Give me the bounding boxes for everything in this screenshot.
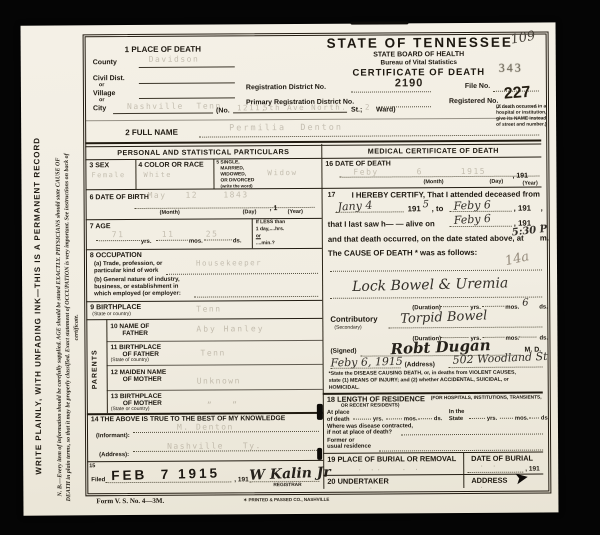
mother-name-label: OF MOTHER bbox=[123, 376, 162, 384]
mother-maiden-name-value: Unknown bbox=[197, 376, 241, 385]
dotted-line bbox=[440, 299, 468, 307]
birthplace-value: Tenn bbox=[196, 304, 221, 313]
dotted-line bbox=[339, 169, 539, 178]
dotted-line bbox=[135, 199, 315, 209]
dotted-line bbox=[449, 360, 543, 369]
dod-comma: , 191 bbox=[512, 173, 528, 181]
signed-label: (Signed) bbox=[330, 348, 356, 356]
at-place-label: At place bbox=[327, 410, 350, 417]
margin-note-inner: N. B.—Every item of information should b… bbox=[54, 151, 83, 503]
contributory-label: Contributory bbox=[330, 316, 377, 325]
or-label: or bbox=[99, 97, 105, 103]
certify-item-number: 17 bbox=[328, 192, 336, 200]
res-yrs-unit: yrs. bbox=[373, 416, 383, 423]
dotted-line bbox=[351, 83, 431, 92]
ward-value: 2 bbox=[365, 103, 371, 112]
dotted-line bbox=[330, 290, 542, 299]
dotted-line bbox=[450, 219, 512, 227]
scan-artifact bbox=[317, 448, 322, 460]
in-state-label: State bbox=[449, 416, 463, 423]
dotted-line bbox=[482, 299, 504, 307]
registrar-label: REGISTRAR bbox=[273, 483, 301, 489]
st-label: St.; bbox=[351, 107, 362, 115]
m-label: m. bbox=[540, 234, 549, 243]
age-ds-unit: ds. bbox=[233, 238, 242, 245]
dotted-line bbox=[331, 360, 401, 368]
death-occurred-text: and that death occurred, on the date sta… bbox=[328, 235, 524, 245]
dotted-line bbox=[386, 411, 402, 419]
last-saw-text: that I last saw h— — alive on bbox=[328, 220, 435, 230]
dotted-line bbox=[249, 474, 319, 482]
filed-item-number: 15 bbox=[89, 463, 95, 469]
scan-artifact bbox=[317, 404, 323, 420]
undertaker-address-label: ADDRESS bbox=[471, 477, 507, 486]
printed-191: 191 bbox=[408, 205, 421, 214]
residence-sub-label: OR RECENT RESIDENTS) bbox=[341, 403, 400, 409]
city-label: City bbox=[93, 105, 106, 113]
father-name-label: FATHER bbox=[122, 330, 148, 338]
parents-vertical-label: PARENTS bbox=[91, 337, 103, 401]
personal-section-title: PERSONAL AND STATISTICAL PARTICULARS bbox=[87, 148, 319, 158]
filed-label: Filed bbox=[91, 477, 105, 484]
res-yrs-unit: yrs. bbox=[487, 416, 497, 423]
primary-district-label: Primary Registration District No. bbox=[246, 99, 354, 108]
signed-address-label: (Address) bbox=[405, 361, 435, 369]
birthplace-sub-label: (State or country) bbox=[92, 312, 131, 318]
residence-sub-label: (FOR HOSPITALS, INSTITUTIONS, TRANSIENTS… bbox=[431, 396, 542, 402]
duration-mos-unit: mos. bbox=[505, 305, 519, 312]
dotted-line bbox=[469, 411, 485, 419]
res-ds-unit: ds. bbox=[541, 415, 549, 422]
dotted-line bbox=[336, 204, 404, 212]
burial-place-label: 19 PLACE OF BURIAL OR REMOVAL bbox=[327, 455, 456, 464]
dotted-line bbox=[133, 443, 319, 452]
filed-year-suffix: , 191 bbox=[234, 476, 249, 484]
registered-no-label: Registered No. bbox=[449, 98, 498, 106]
ward-label: Ward) bbox=[376, 106, 396, 114]
dotted-line bbox=[194, 289, 318, 298]
undertaker-address-value: · bbox=[479, 484, 485, 492]
scan-artifact bbox=[350, 21, 408, 24]
duration-mos-unit: mos. bbox=[505, 336, 519, 343]
disease-contracted-label: if not at place of death? bbox=[327, 429, 392, 436]
race-label: 4 COLOR OR RACE bbox=[138, 162, 203, 170]
dotted-line bbox=[388, 320, 542, 329]
occupation-a-label: particular kind of work bbox=[94, 268, 158, 275]
dotted-line bbox=[379, 443, 543, 452]
marital-label-line: WIDOWED, bbox=[220, 172, 246, 178]
cell-divider bbox=[213, 159, 214, 189]
cause-footnote-line: HOMICIDAL. bbox=[329, 386, 360, 392]
res-ds-unit: ds. bbox=[434, 416, 442, 423]
cell-divider bbox=[463, 452, 464, 488]
dotted-line bbox=[381, 98, 431, 107]
res-mos-unit: mos. bbox=[515, 416, 529, 423]
duration-ds-unit: ds. bbox=[539, 335, 548, 342]
dotted-line bbox=[418, 411, 432, 419]
dotted-line bbox=[96, 233, 140, 241]
sex-label: 3 SEX bbox=[89, 162, 109, 170]
father-birthplace-sub: (State of country) bbox=[111, 358, 149, 364]
dotted-line bbox=[500, 411, 513, 419]
dob-month-label: (Month) bbox=[160, 210, 180, 216]
age-mos-unit: mos. bbox=[189, 239, 203, 246]
margin-note-outer: WRITE PLAINLY, WITH UNFADING INK—THIS IS… bbox=[32, 120, 48, 492]
informant-label: (Informant): bbox=[96, 433, 130, 440]
dotted-line bbox=[450, 204, 512, 212]
cause-duration-months-value: 6 bbox=[522, 298, 528, 309]
duration-ds-unit: ds. bbox=[539, 304, 548, 311]
sex-value: Female bbox=[91, 171, 125, 179]
undertaker-value: · · bbox=[357, 485, 374, 493]
full-name-label: 2 FULL NAME bbox=[125, 128, 178, 138]
scanned-death-certificate: WRITE PLAINLY, WITH UNFADING INK—THIS IS… bbox=[0, 0, 600, 535]
dod-month-label: (Month) bbox=[423, 179, 443, 185]
printed-191: , 191 bbox=[514, 205, 531, 214]
occupation-label: 8 OCCUPATION bbox=[90, 252, 142, 260]
certify-text: I HEREBY CERTIFY, That I attended deceas… bbox=[352, 191, 540, 201]
cell-divider bbox=[135, 159, 136, 189]
stamp-number: 343 bbox=[499, 61, 523, 76]
cell-divider bbox=[252, 218, 253, 248]
medical-section-title: MEDICAL CERTIFICATE OF DEATH bbox=[325, 147, 541, 157]
dotted-line bbox=[105, 474, 231, 483]
at-place-label: of death bbox=[327, 417, 350, 424]
marital-label-line: 5 SINGLE, bbox=[216, 160, 239, 166]
race-value: White bbox=[143, 171, 172, 179]
father-name-value: Aby Hanley bbox=[196, 324, 264, 333]
dotted-line bbox=[330, 263, 542, 272]
state-title: STATE OF TENNESSEE bbox=[327, 35, 511, 52]
printer-note: ✶ PRINTED & PASSED CO., NASHVILLE bbox=[243, 497, 329, 503]
place-of-death-title: 1 PLACE OF DEATH bbox=[125, 45, 201, 55]
dotted-line bbox=[166, 266, 318, 275]
occupation-b-label: which employed (or employer: bbox=[94, 291, 181, 298]
dotted-line bbox=[133, 424, 319, 433]
civil-dist-label: Civil Dist. bbox=[93, 75, 125, 83]
dob-day-label: (Day) bbox=[243, 209, 257, 215]
dotted-line bbox=[353, 412, 371, 420]
age-label: 7 AGE bbox=[90, 223, 111, 231]
burial-place-value: · ·· · · bbox=[357, 465, 420, 474]
if-less-line: 1 day,....hrs. bbox=[256, 227, 285, 233]
to-label: , to bbox=[432, 205, 444, 214]
dotted-line bbox=[529, 411, 539, 419]
scan-artifact-arrow: ➤ bbox=[514, 468, 530, 488]
dod-day-label: (Day) bbox=[489, 179, 503, 185]
county-value: Davidson bbox=[149, 55, 200, 64]
secondary-label: (Secondary) bbox=[334, 326, 361, 332]
county-label: County bbox=[93, 59, 117, 67]
dotted-line bbox=[156, 233, 188, 241]
dob-comma: , 1 bbox=[270, 205, 278, 213]
dotted-line bbox=[204, 232, 232, 240]
comma: , bbox=[541, 205, 543, 214]
if-less-line: or bbox=[256, 234, 261, 240]
dob-year-label: (Year) bbox=[288, 209, 303, 215]
form-number: Form V. S. No. 4—3M. bbox=[96, 497, 164, 505]
dotted-line bbox=[518, 330, 536, 338]
informant-address-label: (Address): bbox=[99, 452, 129, 459]
age-yrs-unit: yrs. bbox=[141, 239, 152, 246]
year-digit: 5 bbox=[423, 199, 429, 210]
mother-birthplace-value: ” ” bbox=[207, 400, 239, 409]
city-value: Nashville Tenn bbox=[127, 101, 222, 111]
in-state-label: In the bbox=[449, 409, 465, 416]
street-no-prefix: (No. bbox=[216, 107, 230, 115]
or-label: or bbox=[99, 82, 105, 88]
cause-of-death-intro: The CAUSE OF DEATH * was as follows: bbox=[328, 249, 477, 259]
registration-district-label: Registration District No. bbox=[246, 84, 326, 93]
res-mos-unit: mos. bbox=[404, 416, 418, 423]
father-birthplace-value: Tenn bbox=[200, 348, 225, 357]
marital-label-line: MARRIED, bbox=[220, 166, 244, 172]
if-less-line: ....min.? bbox=[256, 241, 275, 247]
file-no-label: File No. bbox=[465, 83, 490, 91]
former-residence-label: usual residence bbox=[327, 444, 371, 451]
marital-value: Widow bbox=[267, 168, 297, 177]
dotted-line bbox=[401, 427, 543, 436]
